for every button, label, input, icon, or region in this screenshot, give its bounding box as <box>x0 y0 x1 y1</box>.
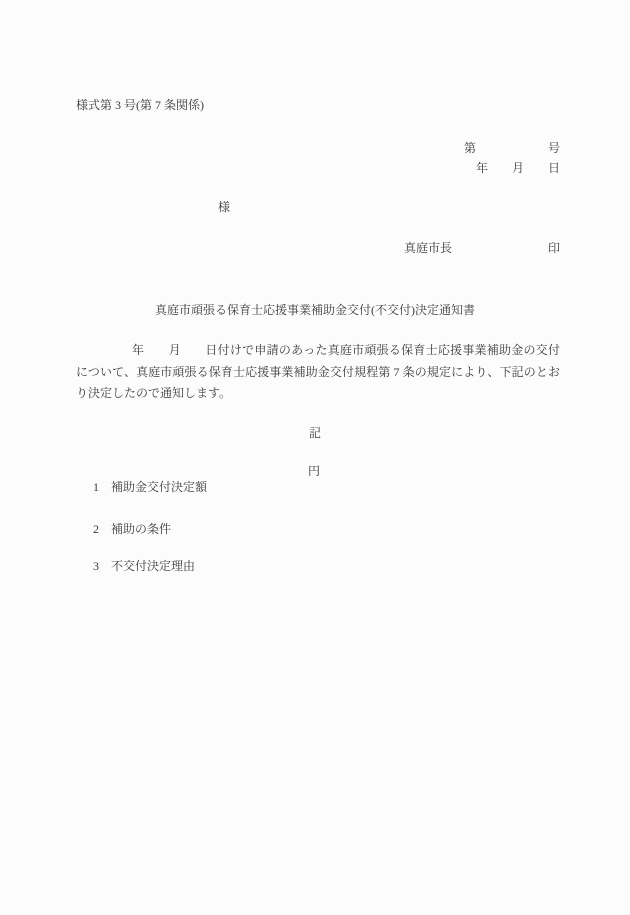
issuer-mayor-seal-line: 真庭市長 印 <box>404 240 560 256</box>
document-title: 真庭市頑張る保育士応援事業補助金交付(不交付)決定通知書 <box>0 302 630 318</box>
item-number: 2 <box>93 521 111 537</box>
addressee-honorific: 様 <box>218 199 230 215</box>
item-label: 補助の条件 <box>111 522 171 536</box>
item-label: 補助金交付決定額 <box>111 480 207 494</box>
item-number: 1 <box>93 479 111 495</box>
body-paragraph: 年 月 日付けで申請のあった真庭市頑張る保育士応援事業補助金の交付について、真庭… <box>76 340 560 405</box>
item-grant-amount: 1補助金交付決定額 <box>81 463 207 511</box>
item-nongrant-reason: 3不交付決定理由 <box>81 542 195 590</box>
document-page: 様式第 3 号(第 7 条関係) 第 号 年 月 日 様 真庭市長 印 真庭市頑… <box>0 0 630 915</box>
form-number: 様式第 3 号(第 7 条関係) <box>76 97 204 113</box>
record-marker: 記 <box>0 425 630 441</box>
date-blank: 年 月 日 <box>476 160 560 176</box>
item-label: 不交付決定理由 <box>111 559 195 573</box>
item-number: 3 <box>93 558 111 574</box>
yen-unit-label: 円 <box>308 463 320 479</box>
document-number-blank: 第 号 <box>464 140 560 156</box>
